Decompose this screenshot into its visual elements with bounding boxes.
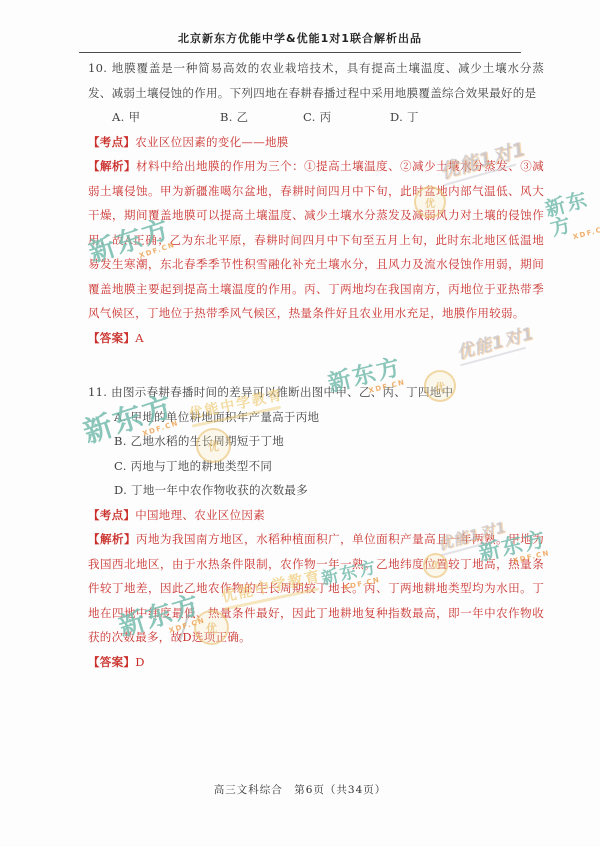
kaodian-text: 农业区位因素的变化——地膜 [135, 135, 288, 149]
question-11-answer: 【答案】D [88, 650, 544, 675]
question-11-kaodian: 【考点】中国地理、农业区位因素 [88, 503, 544, 528]
question-10-option-a: A. 甲 [112, 105, 220, 130]
question-11-option-c: C. 丙地与丁地的耕地类型不同 [88, 454, 544, 479]
answer-value: A [135, 331, 144, 345]
question-10-option-c: C. 丙 [303, 105, 390, 130]
header-divider [79, 52, 521, 53]
xdf-domain-text: XDF.CN [572, 225, 600, 241]
jiexi-label: 【解析】 [88, 532, 136, 546]
exam-answer-page: 北京新东方优能中学&优能1对1联合解析出品 10. 地膜覆盖是一种简易高效的农业… [0, 0, 600, 847]
question-11-jiexi: 【解析】丙地为我国南方地区，水稻种植面积广，单位面积产量高且一年两熟。甲地为我国… [88, 527, 544, 650]
question-gap [88, 350, 544, 380]
question-11-option-a: A. 甲地的单位耕地面积年产量高于丙地 [88, 405, 544, 430]
question-10-option-b: B. 乙 [220, 105, 303, 130]
jiexi-text: 材料中给出地膜的作用为三个：①提高土壤温度、②减少土壤水分蒸发、③减弱土壤侵蚀。… [88, 159, 544, 320]
page-footer: 高三文科综合 第6页（共34页） [0, 782, 600, 797]
page-content: 10. 地膜覆盖是一种简易高效的农业栽培技术，具有提高土壤温度、减少土壤水分蒸发… [88, 56, 544, 674]
watermark-xdf-logo: 新东方 XDF.CN [543, 185, 600, 246]
question-10-jiexi: 【解析】材料中给出地膜的作用为三个：①提高土壤温度、②减少土壤水分蒸发、③减弱土… [88, 154, 544, 326]
answer-label: 【答案】 [88, 331, 135, 345]
jiexi-label: 【解析】 [88, 159, 136, 173]
page-header-title: 北京新东方优能中学&优能1对1联合解析出品 [0, 0, 600, 46]
kaodian-label: 【考点】 [88, 135, 135, 149]
question-10-option-d: D. 丁 [390, 105, 419, 130]
answer-label: 【答案】 [88, 655, 135, 669]
kaodian-text: 中国地理、农业区位因素 [135, 508, 265, 522]
question-11-options: A. 甲地的单位耕地面积年产量高于丙地 B. 乙地水稻的生长周期短于丁地 C. … [88, 405, 544, 503]
question-11-option-b: B. 乙地水稻的生长周期短于丁地 [88, 429, 544, 454]
question-11-stem: 11. 由图示春耕春播时间的差异可以推断出图中甲、乙、丙、丁四地中 [88, 380, 544, 405]
question-11-option-d: D. 丁地一年中农作物收获的次数最多 [88, 478, 544, 503]
question-10-kaodian: 【考点】农业区位因素的变化——地膜 [88, 130, 544, 155]
question-10-options: A. 甲B. 乙C. 丙D. 丁 [88, 105, 544, 130]
answer-value: D [135, 655, 145, 669]
jiexi-text: 丙地为我国南方地区，水稻种植面积广，单位面积产量高且一年两熟。甲地为我国西北地区… [88, 532, 544, 644]
kaodian-label: 【考点】 [88, 508, 135, 522]
xdf-brand-text: 新东方 [543, 185, 600, 238]
question-10-answer: 【答案】A [88, 326, 544, 351]
question-10-stem: 10. 地膜覆盖是一种简易高效的农业栽培技术，具有提高土壤温度、减少土壤水分蒸发… [88, 56, 544, 105]
